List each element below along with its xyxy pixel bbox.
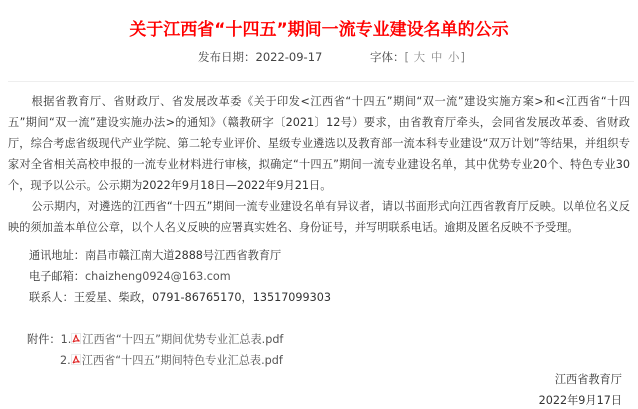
signature-date: 2022年9月17日 xyxy=(539,390,622,409)
font-size-switcher: 字体：[ 大 中 小] xyxy=(370,49,465,65)
attachment-index: 2. xyxy=(60,354,71,367)
contact-info: 通讯地址：南昌市赣江南大道2888号江西省教育厅 电子邮箱：chaizheng0… xyxy=(29,245,331,308)
page-title: 关于江西省“十四五”期间一流专业建设名单的公示 xyxy=(0,17,638,43)
publish-date-label: 发布日期： xyxy=(198,50,256,64)
paragraph-objection: 公示期内，对遴选的江西省“十四五”期间一流专业建设名单有异议者，请以书面形式向江… xyxy=(8,196,630,238)
attachments-label: 附件： xyxy=(27,333,61,346)
bracket-open: [ xyxy=(405,50,410,64)
attachment-link-featured-majors[interactable]: 江西省“十四五”期间特色专业汇总表.pdf xyxy=(71,354,283,367)
address-value: 南昌市赣江南大道2888号江西省教育厅 xyxy=(85,249,281,262)
article-body: 根据省教育厅、省财政厅、省发展改革委《关于印发<江西省“十四五”期间“双一流”建… xyxy=(8,91,630,238)
publish-date-value: 2022-09-17 xyxy=(256,50,323,64)
font-size-medium-link[interactable]: 中 xyxy=(431,50,443,64)
email-label: 电子邮箱： xyxy=(29,270,85,283)
attachment-index: 1. xyxy=(61,333,72,346)
bracket-close: ] xyxy=(460,50,465,64)
person-label: 联系人： xyxy=(29,291,74,304)
pdf-icon xyxy=(71,333,81,344)
font-size-large-link[interactable]: 大 xyxy=(414,50,426,64)
contact-address: 通讯地址：南昌市赣江南大道2888号江西省教育厅 xyxy=(29,245,331,266)
attachments: 附件：1.江西省“十四五”期间优势专业汇总表.pdf 2.江西省“十四五”期间特… xyxy=(27,329,283,371)
attachment-filename: 江西省“十四五”期间优势专业汇总表.pdf xyxy=(82,333,283,346)
signature-org: 江西省教育厅 xyxy=(539,369,622,390)
address-label: 通讯地址： xyxy=(29,249,85,262)
email-value: chaizheng0924@163.com xyxy=(85,270,231,283)
person-value: 王爱星、柴政，0791-86765170，13517099303 xyxy=(74,291,331,304)
attachment-row: 2.江西省“十四五”期间特色专业汇总表.pdf xyxy=(27,350,283,371)
font-size-label: 字体： xyxy=(370,50,405,64)
signature: 江西省教育厅 2022年9月17日 xyxy=(539,369,622,409)
header-divider xyxy=(8,81,634,82)
paragraph-announcement: 根据省教育厅、省财政厅、省发展改革委《关于印发<江西省“十四五”期间“双一流”建… xyxy=(8,91,630,196)
publish-date: 发布日期：2022-09-17 xyxy=(198,49,322,65)
contact-email: 电子邮箱：chaizheng0924@163.com xyxy=(29,266,331,287)
attachment-filename: 江西省“十四五”期间特色专业汇总表.pdf xyxy=(82,354,283,367)
attachment-link-advantage-majors[interactable]: 江西省“十四五”期间优势专业汇总表.pdf xyxy=(71,333,283,346)
contact-person: 联系人：王爱星、柴政，0791-86765170，13517099303 xyxy=(29,287,331,308)
attachment-row: 附件：1.江西省“十四五”期间优势专业汇总表.pdf xyxy=(27,329,283,350)
font-size-small-link[interactable]: 小 xyxy=(448,50,460,64)
pdf-icon xyxy=(71,354,81,365)
